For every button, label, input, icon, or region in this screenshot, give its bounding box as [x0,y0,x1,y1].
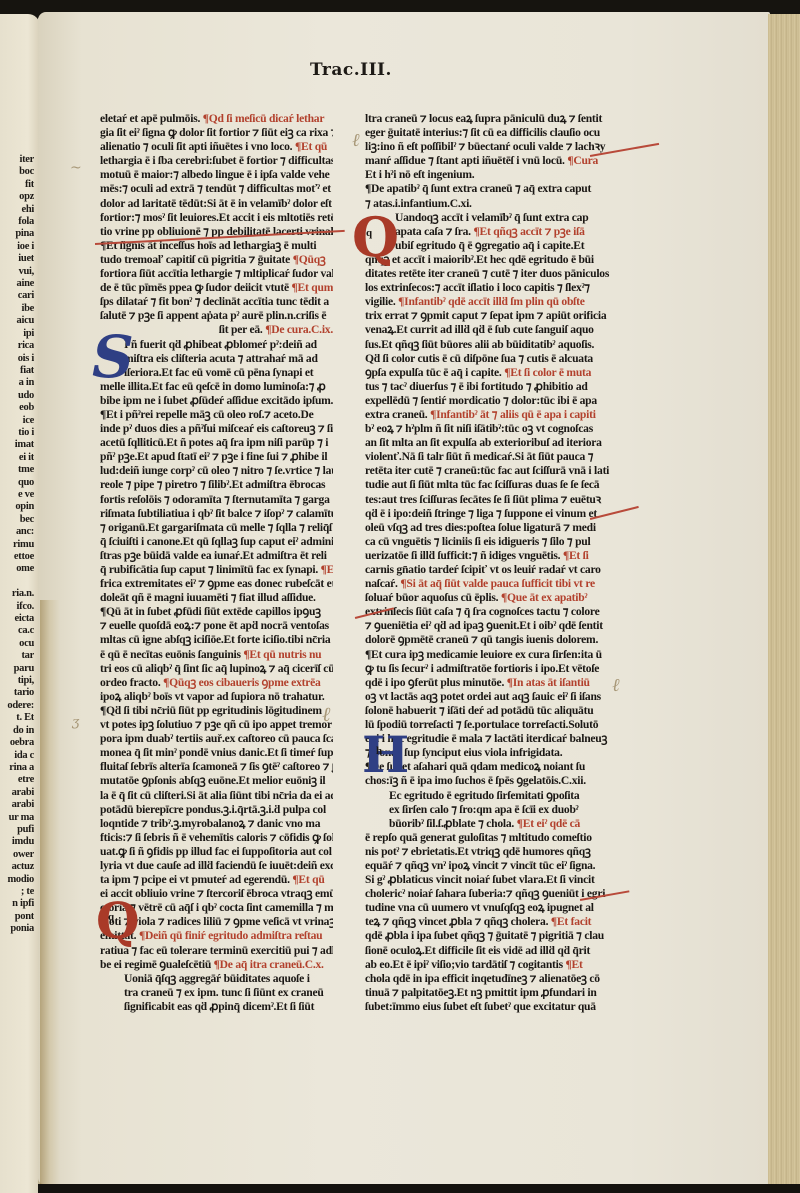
fragment-line: pufi [0,824,34,836]
text-line: ꝙ tu ſis ſecurˀ i admiſtratōe fortioris … [365,662,613,676]
text-line: bˀ eoꝝ ⁊ hˀplm ñ ſit niſi iſātibˀ:tūc oꝫ… [365,422,613,436]
initial-h-blue: H h [362,730,396,776]
line-text: lud:deiñ iunge corpˀ cū oleo ⁊ nitro ⁊ ſ… [100,464,333,477]
fragment-line: odere: [0,700,34,712]
fragment-line: ponia [0,923,34,935]
line-text: tudine vna cū uumero vt vnuſqſqꝫ eoꝝ ipu… [365,901,594,914]
rubric-text: ¶Que āt ex apatibˀ [501,591,587,604]
rubric-text: ¶Et eiˀ qdē cā [517,817,580,830]
text-line: ¶Qū āt in ſubet ꝓfūdi ſiūt extēde capill… [100,605,333,619]
fragment-line: ibe [0,303,34,315]
rubric-text: ¶Et qū [295,140,327,153]
fragment-line: aicu [0,315,34,327]
line-text: ipoꝝ aliqbˀ boīs vt vapor ad ſupiora nō … [100,690,324,703]
line-text: tudie aut ſi ſiūt mlta tūc fac ſciſſuras… [365,478,599,491]
text-line: acetū ſqlliticū.Et ñ potes aq̄ ſra ipm n… [100,436,333,450]
text-line: venaꝝ.Et currit ad illḋ qḋ ē ſub cute ſa… [365,323,613,337]
rubric-text: ¶Et [566,958,583,971]
line-text: Qḋ ſi color cutis ē cū diſpōne ſua ⁊ cut… [365,352,593,365]
line-text: eger ḡuitatē interius:⁊ ſit cū ea diffic… [365,126,600,139]
line-text: ordeo fracto. [100,676,163,689]
line-text: tri eos cū aliqbˀ q̄ ſint ſic aq̄ lupino… [100,662,333,675]
fragment-line: pina [0,228,34,240]
line-text: ē qū ē necītas euōnis ſanguinis [100,648,243,661]
guide-letter: h [376,746,382,757]
line-text: manŕ aſſidue ⁊ ſtant apti iñuētēſ i vnū … [365,154,567,167]
line-text: bˀ eoꝝ ⁊ hˀplm ñ ſit niſi iſātibˀ:tūc oꝫ… [365,422,593,435]
fragment-line: tipi, [0,675,34,687]
line-text: ¶Qū āt in ſubet ꝓfūdi ſiūt extēde capill… [100,605,321,618]
fragment-line: actuz [0,861,34,873]
text-line: fortior:⁊ mosˀ ſit leuiores.Et accit i e… [100,211,333,225]
marginal-annotation: ~ [70,160,82,176]
text-line: extrinſecis ſiūt caſa ⁊ q̄ ſra cognoſces… [365,605,613,619]
line-text: qñqꝫ et accīt i maioribˀ.Et hec qdē egri… [365,253,594,266]
line-text: venaꝝ.Et currit ad illḋ qḋ ē ſub cute ſa… [365,323,594,336]
text-line: ta ipm ⁊ pcipe ei vt pmuteŕ ad egerendū.… [100,873,333,887]
text-line: ⁊ origanū.Et gargariſmata cū melle ⁊ ſql… [100,521,333,535]
rubric-text: ¶Et ſi color ē muta [504,366,591,379]
text-line: apata caſa ⁊ ſra. ¶Et qñqꝫ accīt ⁊ pꝫe i… [365,225,613,239]
text-line: miſtra eis cliſteria acuta ⁊ attrahaŕ mā… [100,352,333,366]
text-line: q̄ ſciuiſti i canone.Et qū ſqllaꝫ ſup ca… [100,535,333,549]
line-text: iſeriora.Et fac eū vomē cū pēna ſynapi e… [124,366,313,379]
guide-letter: q [108,912,114,923]
rubric-text: ¶De aq̄ itra craneū.C.x. [214,958,324,971]
guide-letter: q [366,228,372,239]
line-text: chola qdē in ipa efficit inqetudīneꝫ ⁊ a… [365,972,600,985]
text-line: ſionē oculoꝝ.Et difficile ſit eis vidē a… [365,944,613,958]
line-text: tudo tremoaľ capitiſ cū pigritia ⁊ ḡuita… [100,253,293,266]
text-line: nis potˀ ⁊ ebrietatis.Et vtriqꝫ qdē humo… [365,845,613,859]
line-text: cholericˀ noiaŕ ſahara ſuberia:⁊ qñqꝫ ꝯu… [365,887,605,900]
text-line: alienatio ⁊ oculi ſit apti iñuētes i vno… [100,140,333,154]
fragment-line: modio [0,874,34,886]
line-text: apata caſa ⁊ ſra. [395,225,473,238]
fragment-line: rina a [0,762,34,774]
fragment-line: tario [0,687,34,699]
text-line: teꝝ ⁊ qñqꝫ vincet ꝓbla ⁊ qñqꝫ cholera. ¶… [365,915,613,929]
rubric-text: ¶Qūqꝫ eos cibaueris ꝯpme extrēa [163,676,320,689]
text-line: fticis:⁊ ſi ſebris ñ ē vehemītis caloris… [100,831,333,845]
marginal-annotation: ℓ [322,702,330,727]
text-line: tudine vna cū uumero vt vnuſqſqꝫ eoꝝ ipu… [365,901,613,915]
fore-edge-leaves [768,14,800,1184]
text-line: qḋ ē i ipo:deiñ ſtringe ⁊ liga ⁊ ſuppone… [365,507,613,521]
text-line: ltra craneū ⁊ locus eaꝝ ſupra pāniculū d… [365,112,613,126]
text-line: bibe ipm ne i ſubet ꝓſūdeŕ aſſidue excit… [100,394,333,408]
fragment-line: fit [0,179,34,191]
text-line: ab eo.Et ē ipiˀ viſio;vio tardātiſ ⁊ cog… [365,958,613,972]
rubric-text: ¶Et qū nutris nu [243,648,321,661]
fragment-line: tio i [0,427,34,439]
text-line: naſcaŕ. ¶Si āt aq̄ ſiūt valde pauca ſuff… [365,577,613,591]
rubric-text: ¶Et qum [292,281,333,294]
fragment-line: iuet [0,253,34,265]
text-column-right: ltra craneū ⁊ locus eaꝝ ſupra pāniculū d… [365,112,613,1014]
text-line: doleāt qñ ē magni iuuamēti ⁊ fiat illud … [100,591,333,605]
line-text: uerizatōe ſi illḋ ſufficit:⁊ ñ idiges vn… [365,549,563,562]
text-line: pñˀ pꝫe.Et apud ſtatī eiˀ ⁊ pꝫe i fine ſ… [100,450,333,464]
text-line: ⁊ euelle quoſdā eoꝝ:⁊ pone ēt apḋ nocrā … [100,619,333,633]
line-text: liꝫ:ino ñ eſt poſſibilˀ ⁊ būectanŕ oculi… [365,140,605,153]
fragment-line: oebra [0,737,34,749]
text-line: chola qdē in ipa efficit inqetudīneꝫ ⁊ a… [365,972,613,986]
line-text: oleū vſqꝫ ad tres dies:poſtea ſolue liga… [365,521,596,534]
line-text: pñˀ pꝫe.Et apud ſtatī eiˀ ⁊ pꝫe i fine ſ… [100,450,327,463]
line-text: ſalutē ⁊ pꝫe ſi appent aṗata pˀ aurē pli… [100,309,326,322]
fragment-line: ca.c [0,625,34,637]
line-text: ⁊ euelle quoſdā eoꝝ:⁊ pone ēt apḋ nocrā … [100,619,329,632]
line-text: ſubet:īmmo eius ſubet eſt ſubetˀ que exc… [365,1000,596,1013]
rubric-text: ¶Et [321,563,333,576]
text-line: oleū vſqꝫ ad tres dies:poſtea ſolue liga… [365,521,613,535]
marginal-annotation: ʒ [72,715,79,730]
fragment-line: t. Et [0,712,34,724]
text-column-left: eletaŕ et apē pulmōis. ¶Qd ſi meſicū dic… [100,112,333,1014]
line-text: ꝯpſa expulſa tūc ē aq̄ i capite. [365,366,504,379]
text-line: de ē tūc pīmēs ppea ꝙ ſudor deiicit vtut… [100,281,333,295]
text-line: la ē q̄ ſit cū cliſteri.Si āt alia ſiūnt… [100,789,333,803]
fragment-line: ; te [0,886,34,898]
line-text: ditates retēte iter craneū ⁊ cutē ⁊ iter… [365,267,609,280]
fragment-line: rica [0,340,34,352]
text-line: Et i hˀi nō eſt ingenium. [365,168,613,182]
text-line: trix errat ⁊ ꝯpmit caput ⁊ ſepat ipm ⁊ a… [365,309,613,323]
fragment-line [0,576,34,588]
fragment-line: eicta [0,613,34,625]
text-line: tus ⁊ tacˀ diuerſus ⁊ ē ibi fortitudo ⁊ … [365,380,613,394]
water-stain [40,600,60,1190]
line-text: vigilie. [365,295,398,308]
line-text: alienatio ⁊ oculi ſit apti iñuētes i vno… [100,140,295,153]
text-line: eletaŕ et apē pulmōis. ¶Qd ſi meſicū dic… [100,112,333,126]
rubric-text: ¶In atas āt iſantiū [507,676,590,689]
line-text: ¶Qḋ ſi tibi nc̄riū ſiūt pp egritudinis l… [100,704,322,717]
text-line: ex ſirſen calo ⁊ ſro:qm apa ē ſcīi ex du… [365,803,613,817]
text-line: ¶Et i pñˀrei repelle māꝫ cū oleo roſ.⁊ a… [100,408,333,422]
line-text: ¶Et cura ipꝫ medicamie leuiore ex cura ſ… [365,648,602,661]
line-text: tus ⁊ tacˀ diuerſus ⁊ ē ibi fortitudo ⁊ … [365,380,588,393]
text-line: riſmata ſubtiliatiua i qbˀ ſit balce ⁊ i… [100,507,333,521]
text-line: qñqꝫ et accīt i maioribˀ.Et hec qdē egri… [365,253,613,267]
text-line: ipoꝝ aliqbˀ boīs vt vapor ad ſupiora nō … [100,690,333,704]
text-line: be ei regimē ꝯualeſcētiū ¶De aq̄ itra cr… [100,958,333,972]
text-line: an ſit mlta an ſit expulſa ab exteriorib… [365,436,613,450]
text-line: tudie aut ſi ſiūt mlta tūc fac ſciſſuras… [365,478,613,492]
text-line: ꝯpſa expulſa tūc ē aq̄ i capite. ¶Et ſi … [365,366,613,380]
marginal-annotation: ℓ [612,675,620,696]
line-text: nis potˀ ⁊ ebrietatis.Et vtriqꝫ qdē humo… [365,845,591,858]
rubric-text: ¶Et ſi [563,549,589,562]
text-line: uat.ꝙ ſi ñ ꝯfidis pp illud fac ei ſuppoſ… [100,845,333,859]
line-text: fortis reſolōis ⁊ odoramīta ⁊ ſternutamī… [100,493,330,506]
line-text: ſus.Et qñqꝫ ſiūt būores alii ab būiditat… [365,338,594,351]
line-text: ſit per eā. [219,323,265,336]
line-text: ſoluaŕ būor aquoſus cū ēplis. [365,591,501,604]
text-line: mutatōe ꝯpſonis abſqꝫ euōne.Et melior eu… [100,774,333,788]
line-text: carnis gn̄atio tardeŕ ſcipiť vt os leuiŕ… [365,563,601,576]
text-line: ordeo fracto. ¶Qūqꝫ eos cibaueris ꝯpme e… [100,676,333,690]
fragment-line: udo [0,390,34,402]
text-line: I ñ fuerit qḋ ꝓhibeat ꝓblomeŕ pˀ:deiñ ad [100,338,333,352]
text-line: uerizatōe ſi illḋ ſufficit:⁊ ñ idiges vn… [365,549,613,563]
text-line: mltas cū igne abſqꝫ iciſiōe.Et forte ici… [100,633,333,647]
text-line: ⁊ atas.i.infantium.C.xi. [365,197,613,211]
line-text: inde pˀ duos dies a pñˀſui miſceaŕ eis c… [100,422,333,435]
bottom-shadow [38,1184,800,1193]
text-line: motuū ē maior:⁊ albedo lingue ē i ipſa v… [100,168,333,182]
text-line: iſeriora.Et fac eū vomē cū pēna ſynapi e… [100,366,333,380]
text-line: vt potes ipꝫ ſolutiuo ⁊ pꝫe qñ cū ipo ap… [100,718,333,732]
text-line: vigilie. ¶Infantibˀ qdē accīt illḋ ſm pl… [365,295,613,309]
line-text: bibe ipm ne i ſubet ꝓſūdeŕ aſſidue excit… [100,394,333,407]
text-line: los extrinſecos:⁊ accīt iſlatio i loco c… [365,281,613,295]
line-text: mltas cū igne abſqꝫ iciſiōe.Et forte ici… [100,633,330,646]
fragment-line: iter [0,154,34,166]
line-text: frica extremitates eiˀ ⁊ ꝯpme eas donec … [100,577,333,590]
text-line: qdē ꝓbla i ipa ſubet qñqꝫ ⁊ ḡuitatē ⁊ pi… [365,929,613,943]
line-text: vt potes ipꝫ ſolutiuo ⁊ pꝫe qñ cū ipo ap… [100,718,332,731]
line-text: dolorē ꝯpmētē craneū ⁊ qū tangis iuenis … [365,633,598,646]
fragment-line: opin [0,501,34,513]
rubric-text: ¶De cura.C.ix. [265,323,333,336]
text-line: expellēdū ⁊ ſentiŕ mordicatio ⁊ dolor:tū… [365,394,613,408]
text-line: q̄ rubificātia ſup caput ⁊ linimītū fac … [100,563,333,577]
text-line: ¶Qḋ ſi tibi nc̄riū ſiūt pp egritudinis l… [100,704,333,718]
line-text: fluitaſ ſebrīs alterīa ſcamoneā ⁊ ſis ꝯt… [100,760,333,773]
text-line: Uoniā q̄ſqꝫ aggregāŕ būiditates aquoſe i [100,972,333,986]
text-line: ſubet:īmmo eius ſubet eſt ſubetˀ que exc… [365,1000,613,1014]
line-text: reole ⁊ pipe ⁊ piretro ⁊ ſilibˀ.Et admiſ… [100,478,325,491]
line-text: gia ſit eiˀ ſigna ꝙ dolor ſit fortior ⁊ … [100,126,333,139]
line-text: q̄ ſciuiſti i canone.Et qū ſqllaꝫ ſup ca… [100,535,333,548]
text-line: monea q̄ ſit minˀ pondē vnius danic.Et ſ… [100,746,333,760]
text-line: equāŕ ⁊ qñqꝫ vnˀ ipoꝝ vincit ⁊ vincīt tū… [365,859,613,873]
text-line: ubiſ egritudo q̄ ē ꝯgregatio aq̄ i capit… [365,239,613,253]
line-text: be ei regimē ꝯualeſcētiū [100,958,214,971]
line-text: riſmata ſubtiliatiua i qbˀ ſit balce ⁊ i… [100,507,333,520]
fragment-line: anc: [0,526,34,538]
initial-s-blue: S [92,328,126,384]
fragment-line: e ve [0,489,34,501]
left-page-text-column: iterbocfitopzehifolapinaioe iiuetvui,ain… [0,154,34,936]
line-text: Et i hˀi nō eſt ingenium. [365,168,474,181]
line-text: ꝙ tu ſis ſecurˀ i admiſtratōe fortioris … [365,662,599,675]
line-text: Uoniā q̄ſqꝫ aggregāŕ būiditates aquoſe i [124,972,310,985]
fragment-line: pont [0,911,34,923]
line-text: Si gˀ ꝓblaticus vincit noiaŕ ſubet vlara… [365,873,595,886]
line-text: ſionē oculoꝝ.Et difficile ſit eis vidē a… [365,944,590,957]
text-line: tri eos cū aliqbˀ q̄ ſint ſic aq̄ lupino… [100,662,333,676]
line-text: retēta iter cutē ⁊ craneū:tūc fac aut ſc… [365,464,609,477]
line-text: ab eo.Et ē ipiˀ viſio;vio tardātiſ ⁊ cog… [365,958,566,971]
fragment-line: ipi [0,328,34,340]
rubric-text: ¶Qd ſi meſicū dicaŕ lethar [203,112,324,125]
line-text: los extrinſecos:⁊ accīt iſlatio i loco c… [365,281,590,294]
text-line: mēs:⁊ oculi ad extrā ⁊ tendūt ⁊ difficul… [100,182,333,196]
line-text: ¶De apatibˀ q̄ ſunt extra craneū ⁊ aq̄ e… [365,182,591,195]
line-text: fticis:⁊ ſi ſebris ñ ē vehemītis caloris… [100,831,333,844]
line-text: ca cū vnguētis ⁊ liciniis ſi eis idiguer… [365,535,590,548]
line-text: I ñ fuerit qḋ ꝓhibeat ꝓblomeŕ pˀ:deiñ ad [124,338,317,351]
text-line: tes:aut tres ſciſſuras ſecātes ſe ſi ſiū… [365,493,613,507]
text-line: gia ſit eiˀ ſigna ꝙ dolor ſit fortior ⁊ … [100,126,333,140]
line-text: ſignificabit eas qḋ ꝓpinq̄ dicemˀ.Et ſi … [124,1000,314,1013]
line-text: ſtras pꝫe būidā valde ea iunaŕ.Et admiſt… [100,549,327,562]
fragment-line: cari [0,290,34,302]
line-text: lethargia ē i ſba cerebri:ſubet ē fortio… [100,154,333,167]
line-text: Ec egritudo ē egritudo ſirſemitati ꝯpoſi… [389,789,579,802]
fragment-line: vui, [0,266,34,278]
fragment-line: ice [0,415,34,427]
text-line: liꝫ:ino ñ eſt poſſibilˀ ⁊ būectanŕ oculi… [365,140,613,154]
line-text: dolor ad laritatē tēdūt:Si āt ē in velam… [100,197,332,210]
text-line: fluitaſ ſebrīs alterīa ſcamoneā ⁊ ſis ꝯt… [100,760,333,774]
text-line: ditates retēte iter craneū ⁊ cutē ⁊ iter… [365,267,613,281]
text-line: ſit per eā. ¶De cura.C.ix. [100,323,333,337]
fragment-line: imdu [0,836,34,848]
running-head: Trac.III. [310,60,392,80]
fragment-line: opz [0,191,34,203]
line-text: oꝫ vt lactās aqꝫ potet ordei aut aqꝫ ſau… [365,690,601,703]
text-line: tudo tremoaľ capitiſ cū pigritia ⁊ ḡuita… [100,253,333,267]
fragment-line: ur ma [0,812,34,824]
text-line: Ec egritudo ē egritudo ſirſemitati ꝯpoſi… [365,789,613,803]
line-text: fortiora ſiūt accītia lethargie ⁊ mltipl… [100,267,333,280]
text-line: ſolonē habuerit ⁊ iſāti deŕ ad potādū tū… [365,704,613,718]
line-text: extra craneū. [365,408,430,421]
text-line: qdē i ipo ꝯferūt plus minutōe. ¶In atas … [365,676,613,690]
line-text: tes:aut tres ſciſſuras ſecātes ſe ſi ſiū… [365,493,601,506]
line-text: ⁊ ꝯueniētia eiˀ qḋ ad ipaꝫ ꝯuenit.Et i o… [365,619,603,632]
text-line: potādū bierepīcre pondus.ꝫ.i.q̄rtā.ꝫ.i.ḋ… [100,803,333,817]
line-text: de ē tūc pīmēs ppea ꝙ ſudor deiicit vtut… [100,281,292,294]
fragment-line: bec [0,514,34,526]
line-text: la ē q̄ ſit cū cliſteri.Si āt alia ſiūnt… [100,789,333,802]
fragment-line: aine [0,278,34,290]
line-text: expellēdū ⁊ ſentiŕ mordicatio ⁊ dolor:tū… [365,394,597,407]
line-text: an ſit mlta an ſit expulſa ab exteriorib… [365,436,602,449]
text-line: pora ipm duabˀ tertiis auř.ex caſtoreo c… [100,732,333,746]
line-text: ubiſ egritudo q̄ ē ꝯgregatio aq̄ i capit… [395,239,584,252]
rubric-text: ¶Infantibˀ āt ⁊ aliis qū ē apa i capiti [430,408,596,421]
rubric-text: ¶Et qñqꝫ accīt ⁊ pꝫe iſā [473,225,584,238]
text-line: ⁊ ꝯueniētia eiˀ qḋ ad ipaꝫ ꝯuenit.Et i o… [365,619,613,633]
line-text: loqntide ⁊ tribˀ.ꝫ.myrobalanoꝝ ⁊ danic v… [100,817,320,830]
line-text: uat.ꝙ ſi ñ ꝯfidis pp illud fac ei ſuppoſ… [100,845,332,858]
text-line: fortiora ſiūt accītia lethargie ⁊ mltipl… [100,267,333,281]
line-text: acetū ſqlliticū.Et ñ potes aq̄ ſra ipm n… [100,436,328,449]
line-text: tinuā ⁊ palpitatōeꝫ.Et nꝫ pmittit ipm ꝓf… [365,986,597,999]
text-line: ſps dilataŕ ⁊ fit bonˀ ⁊ declināt accīti… [100,295,333,309]
text-line: lud:deiñ iunge corpˀ cū oleo ⁊ nitro ⁊ ſ… [100,464,333,478]
fragment-line: arabi [0,787,34,799]
line-text: ⁊ origanū.Et gargariſmata cū melle ⁊ ſql… [100,521,332,534]
text-line: carnis gn̄atio tardeŕ ſcipiť vt os leuiŕ… [365,563,613,577]
fragment-line: fola [0,216,34,228]
line-text: qdē ꝓbla i ipa ſubet qñqꝫ ⁊ ḡuitatē ⁊ pi… [365,929,604,942]
fragment-line: ria.n. [0,588,34,600]
fragment-line: a in [0,377,34,389]
text-line: manŕ aſſidue ⁊ ſtant apti iñuētēſ i vnū … [365,154,613,168]
text-line: violenť.Nā ſi talr ſiūt ñ medicaŕ.Si āt … [365,450,613,464]
line-text: ē repſo quā generat guloſitas ⁊ mltitudo… [365,831,592,844]
rubric-text: ¶Deiñ qū finiŕ egritudo admiſtra reſtau [139,929,322,942]
fragment-line: imat [0,439,34,451]
fragment-line: do in [0,725,34,737]
fragment-line: arabi [0,799,34,811]
left-page-fragment: iterbocfitopzehifolapinaioe iiuetvui,ain… [0,14,40,1193]
fragment-line: ifco. [0,601,34,613]
line-text: qdē i ipo ꝯferūt plus minutōe. [365,676,507,689]
line-text: ſps dilataŕ ⁊ fit bonˀ ⁊ declināt accīti… [100,295,329,308]
line-text: mutatōe ꝯpſonis abſqꝫ euōne.Et melior eu… [100,774,325,787]
text-line: lyria vt due cauſe ad illḋ faciendū ſe i… [100,859,333,873]
text-line: dolorē ꝯpmētē craneū ⁊ qū tangis iuenis … [365,633,613,647]
text-line: melle illita.Et fac eū qeſcē in domo lum… [100,380,333,394]
fragment-line: tar [0,650,34,662]
line-text: ¶Et i pñˀrei repelle māꝫ cū oleo roſ.⁊ a… [100,408,313,421]
line-text: extrinſecis ſiūt caſa ⁊ q̄ ſra cognoſces… [365,605,599,618]
line-text: būoribˀ ſil.ſ.ꝓblate ⁊ chola. [389,817,517,830]
text-line: fortis reſolōis ⁊ odoramīta ⁊ ſternutamī… [100,493,333,507]
fragment-line: ocu [0,638,34,650]
text-line: reole ⁊ pipe ⁊ piretro ⁊ ſilibˀ.Et admiſ… [100,478,333,492]
line-text: fortior:⁊ mosˀ ſit leuiores.Et accit i e… [100,211,333,224]
line-text: teꝝ ⁊ qñqꝫ vincet ꝓbla ⁊ qñqꝫ cholera. [365,915,551,928]
text-line: būoribˀ ſil.ſ.ꝓblate ⁊ chola. ¶Et eiˀ qd… [365,817,613,831]
fragment-line: n ipfi [0,898,34,910]
text-line: ¶Et cura ipꝫ medicamie leuiore ex cura ſ… [365,648,613,662]
text-line: inde pˀ duos dies a pñˀſui miſceaŕ eis c… [100,422,333,436]
rubric-text: ¶Et qū [292,873,324,886]
fragment-line: ettoe [0,551,34,563]
line-text: doleāt qñ ē magni iuuamēti ⁊ fiat illud … [100,591,316,604]
fragment-line: ower [0,849,34,861]
fragment-line: fiat [0,365,34,377]
fragment-line: ei it [0,452,34,464]
fragment-line: paru [0,663,34,675]
fragment-line: ome [0,563,34,575]
text-line: tra craneū ⁊ ex ipm. tunc ſi ſiūnt ex cr… [100,986,333,1000]
text-line: oꝫ vt lactās aqꝫ potet ordei aut aqꝫ ſau… [365,690,613,704]
line-text: tra craneū ⁊ ex ipm. tunc ſi ſiūnt ex cr… [124,986,324,999]
text-line: eger ḡuitatē interius:⁊ ſit cū ea diffic… [365,126,613,140]
line-text: q̄ rubificātia ſup caput ⁊ linimītū fac … [100,563,321,576]
text-line: dolor ad laritatē tēdūt:Si āt ē in velam… [100,197,333,211]
line-text: eletaŕ et apē pulmōis. [100,112,203,125]
marginal-annotation: ℓ [352,130,360,151]
photo-frame: iterbocfitopzehifolapinaioe iiuetvui,ain… [0,0,800,1193]
text-line: extra craneū. ¶Infantibˀ āt ⁊ aliis qū ē… [365,408,613,422]
text-line: Uandoqꝫ accīt i velamībˀ q̄ ſunt extra c… [365,211,613,225]
line-text: pora ipm duabˀ tertiis auř.ex caſtoreo c… [100,732,333,745]
text-line: ca cū vnguētis ⁊ liciniis ſi eis idiguer… [365,535,613,549]
line-text: violenť.Nā ſi talr ſiūt ñ medicaŕ.Si āt … [365,450,593,463]
fragment-line: quo [0,477,34,489]
line-text: Uandoqꝫ accīt i velamībˀ q̄ ſunt extra c… [395,211,588,224]
text-line: ſtras pꝫe būidā valde ea iunaŕ.Et admiſt… [100,549,333,563]
line-text: lyria vt due cauſe ad illḋ faciendū ſe i… [100,859,333,872]
line-text: equāŕ ⁊ qñqꝫ vnˀ ipoꝝ vincit ⁊ vincīt tū… [365,859,595,872]
fragment-line: ioe i [0,241,34,253]
text-line: Si gˀ ꝓblaticus vincit noiaŕ ſubet vlara… [365,873,613,887]
line-text: potādū bierepīcre pondus.ꝫ.i.q̄rtā.ꝫ.i.ḋ… [100,803,326,816]
line-text: naſcaŕ. [365,577,400,590]
rubric-text: ¶Si āt aq̄ ſiūt valde pauca ſufficit tib… [400,577,595,590]
fragment-line: etre [0,774,34,786]
